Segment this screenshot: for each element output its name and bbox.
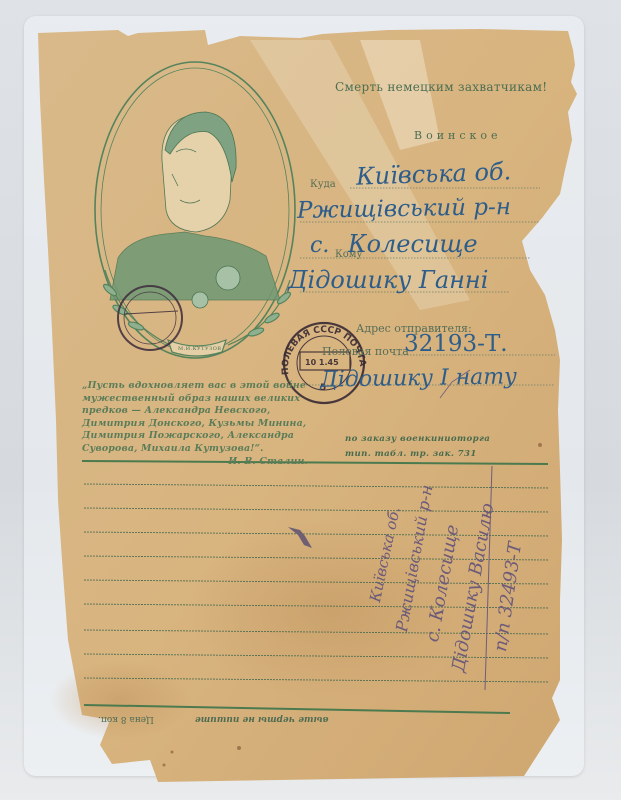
- portrait-caption: М.И.КУТУЗОВ: [178, 346, 221, 352]
- printer-info: по заказу военкиниоторга тип. табл. тр. …: [345, 432, 490, 462]
- address-raion: Ржищівський р-н: [297, 194, 511, 224]
- address-recipient: Дідошику Ганні: [288, 266, 488, 294]
- header-kind: Воинское: [414, 129, 502, 142]
- address-village-prefix: с.: [310, 233, 329, 258]
- fieldpost-number: 32193-Т.: [404, 331, 508, 357]
- letter-sheet: ПОЛЕВАЯ СССР ПОЧТА 10 1.45 5 Смерть неме…: [0, 0, 621, 800]
- printer-line-1: по заказу военкиниоторга: [345, 432, 490, 447]
- quote-signature: И. В. Сталин.: [82, 456, 312, 469]
- quote-text: „Пусть вдохновляет вас в этой войне муже…: [82, 380, 306, 454]
- address-village: Колесище: [348, 230, 478, 258]
- header-motto: Смерть немецким захватчикам!: [335, 80, 547, 94]
- sender-name: Дідошику І нату: [320, 364, 517, 392]
- address-oblast: Київська об.: [356, 157, 512, 190]
- fieldpost-label: Полевая почта: [322, 345, 409, 358]
- to-label: Куда: [310, 179, 336, 190]
- footer-warning: выше черты не пишите: [195, 714, 329, 724]
- printer-line-2: тип. табл. тр. зак. 731: [345, 447, 490, 462]
- stalin-quote: „Пусть вдохновляет вас в этой войне муже…: [82, 380, 312, 468]
- svg-text:10 1.45: 10 1.45: [305, 358, 339, 367]
- footer-price: Цена 8 коп.: [98, 714, 154, 724]
